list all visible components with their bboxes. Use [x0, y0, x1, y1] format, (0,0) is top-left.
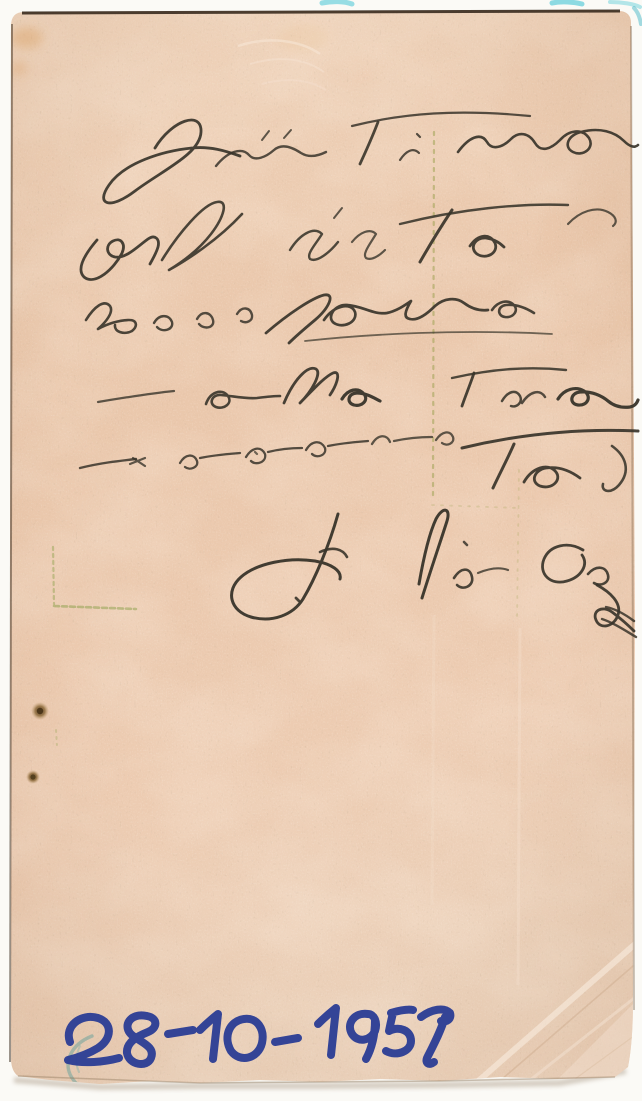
date-hyphen-2: [275, 1038, 298, 1042]
card-scan-svg: [0, 0, 642, 1101]
scanned-card-photo: Gesù ti sia sempre vicino (illegible cur…: [0, 0, 642, 1101]
date-hyphen-1: [168, 1030, 193, 1034]
